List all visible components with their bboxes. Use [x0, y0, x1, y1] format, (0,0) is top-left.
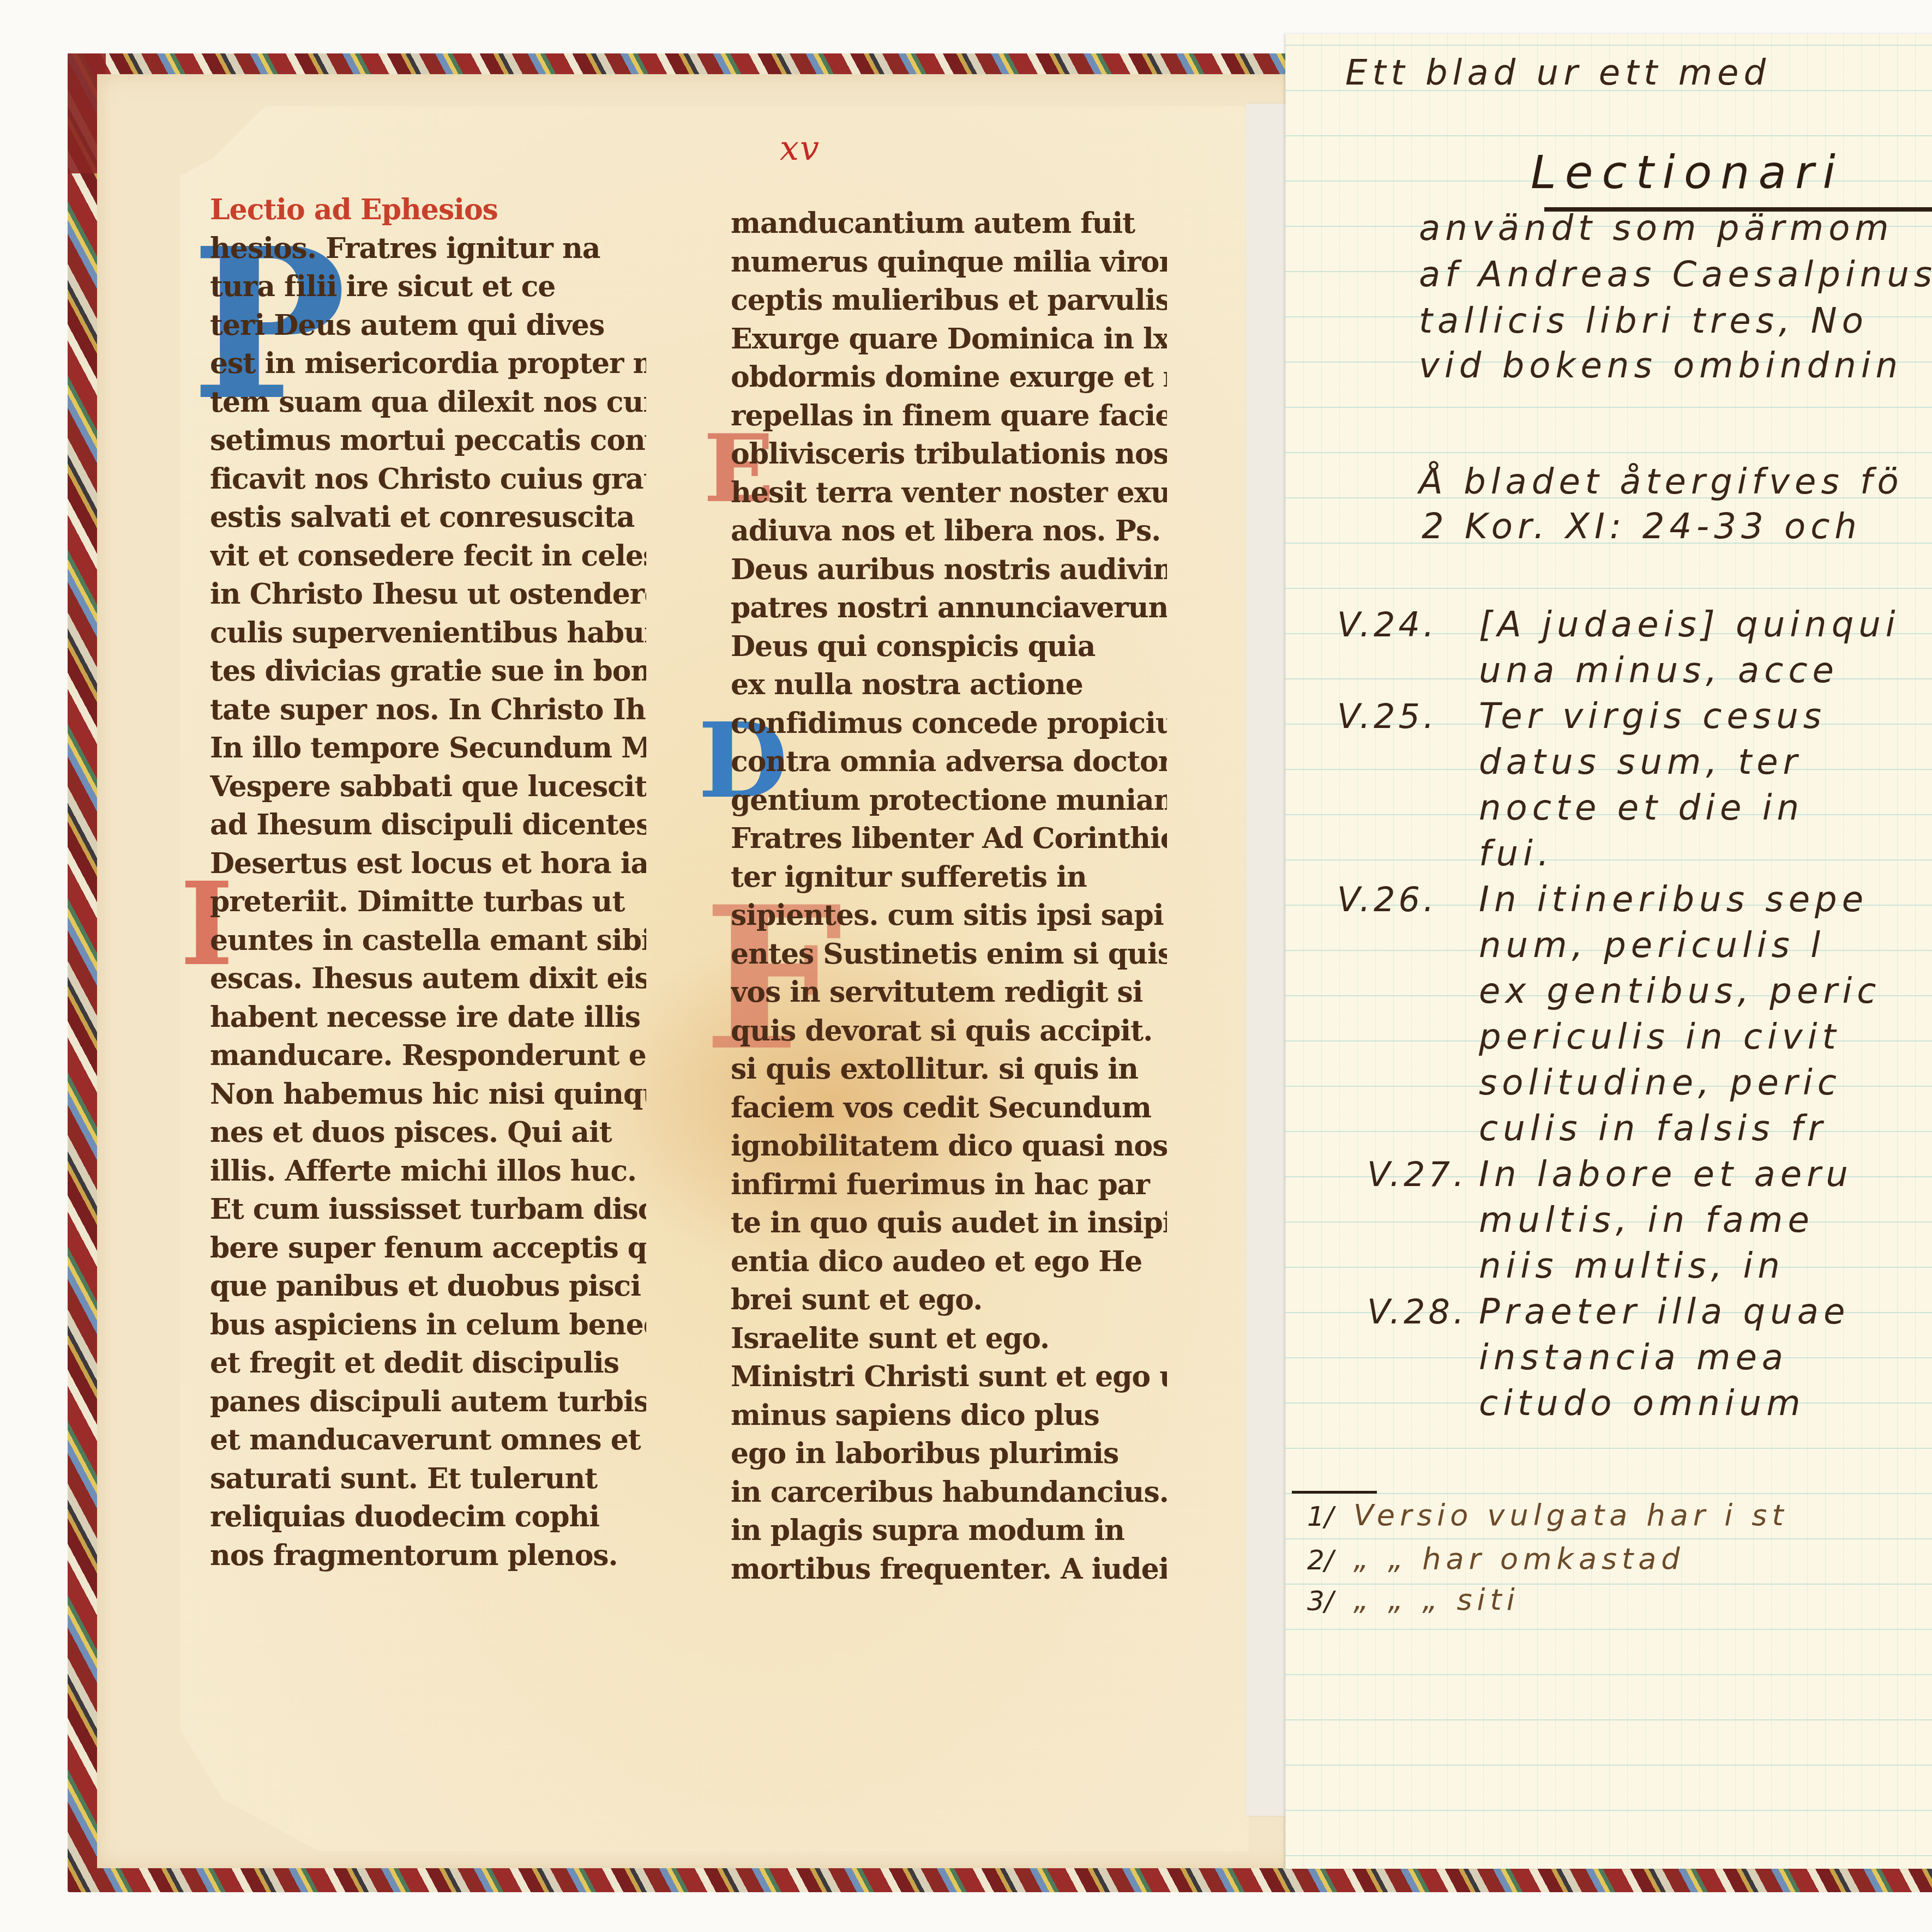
note-intro-line: af Andreas Caesalpinus [1419, 255, 1932, 295]
verse-line: num, periculis l [1479, 925, 1825, 966]
footnote-marker: 2/ [1307, 1544, 1334, 1576]
verse-line: Praeter illa quae [1479, 1292, 1850, 1332]
manuscript-line: et fregit et dedit discipulis [210, 1344, 646, 1383]
manuscript-right-column: manducantium autem fuitnumerus quinque m… [731, 204, 1167, 1588]
manuscript-line: que panibus et duobus pisci [210, 1267, 646, 1306]
footnote-marker: 1/ [1307, 1501, 1334, 1532]
manuscript-line: te in quo quis audet in insipi [731, 1204, 1167, 1243]
manuscript-line: vit et consedere fecit in celestibus [210, 537, 646, 576]
manuscript-line: tura filii ire sicut et ce [210, 268, 646, 306]
manuscript-line: illis. Afferte michi illos huc. [210, 1152, 646, 1191]
manuscript-line: Ministri Christi sunt et ego ut [731, 1358, 1167, 1397]
folio-number: xv [780, 128, 820, 168]
manuscript-line: numerus quinque milia virorum ex [731, 243, 1167, 282]
manuscript-line: reliquias duodecim cophi [210, 1498, 646, 1537]
manuscript-line: ad Ihesum discipuli dicentes. [210, 806, 646, 845]
verse-line: datus sum, ter [1479, 742, 1802, 783]
manuscript-line: ter ignitur sufferetis in [731, 858, 1167, 897]
manuscript-line: culis supervenientibus habundan [210, 614, 646, 653]
manuscript-line: ficavit nos Christo cuius gratia [210, 460, 646, 499]
verse-line: periculis in civit [1479, 1017, 1841, 1057]
verse-line: citudo omnium [1479, 1383, 1805, 1424]
manuscript-line: manducantium autem fuit [731, 204, 1167, 243]
verse-line: [A judaeis] quinqui [1479, 605, 1900, 645]
manuscript-line: panes discipuli autem turbis [210, 1383, 646, 1422]
note-desc-line: 2 Kor. XI: 24-33 och [1422, 507, 1862, 547]
manuscript-left-column: Lectio ad Ephesioshesios. Fratres ignitu… [210, 191, 646, 1575]
manuscript-line: Lectio ad Ephesios [210, 191, 646, 230]
note-desc-line: Å bladet återgifves fö [1419, 462, 1904, 502]
manuscript-line: ex nulla nostra actione [731, 666, 1167, 705]
footnote-text: Versio vulgata har i st [1353, 1498, 1789, 1532]
manuscript-line: Vespere sabbati que lucescit [210, 768, 646, 806]
note-heading: Ett blad ur ett med [1345, 53, 1771, 93]
verse-line: In itineribus sepe [1479, 880, 1868, 920]
manuscript-line: Deus qui conspicis quia [731, 628, 1167, 666]
manuscript-line: Deus auribus nostris audivimus [731, 551, 1167, 589]
verse-line: multis, in fame [1479, 1200, 1814, 1241]
manuscript-line: mortibus frequenter. A iudeis [731, 1550, 1167, 1589]
footnote-marker: 3/ [1307, 1585, 1334, 1617]
manuscript-line: Non habemus hic nisi quinque pa [210, 1075, 646, 1114]
manuscript-line: Desertus est locus et hora iam [210, 845, 646, 883]
manuscript-line: setimus mortui peccatis convi [210, 422, 646, 460]
manuscript-line: estis salvati et conresuscita [210, 498, 646, 537]
manuscript-line: Israelite sunt et ego. [731, 1320, 1167, 1358]
verse-line: Ter virgis cesus [1479, 696, 1826, 737]
manuscript-line: euntes in castella emant sibi [210, 922, 646, 960]
verse-number: V.25. [1337, 696, 1437, 736]
manuscript-leaf: xv P E D I F Lectio ad Ephesioshesios. F… [180, 106, 1249, 1851]
verse-number: V.27. [1367, 1154, 1467, 1194]
manuscript-line: quis devorat si quis accipit. [731, 1012, 1167, 1051]
handwritten-note: Ett blad ur ett med Lectionari användt s… [1285, 34, 1932, 1869]
manuscript-line: Fratres libenter Ad Corinthios [731, 820, 1167, 858]
footnote-text: „ „ har omkastad [1353, 1542, 1685, 1576]
verse-line: instancia mea [1479, 1338, 1788, 1378]
manuscript-line: si quis extollitur. si quis in [731, 1050, 1167, 1089]
manuscript-line: brei sunt et ego. [731, 1281, 1167, 1320]
manuscript-line: nes et duos pisces. Qui ait [210, 1114, 646, 1152]
verse-line: una minus, acce [1479, 651, 1839, 691]
manuscript-line: entes Sustinetis enim si quis [731, 935, 1167, 974]
verse-line: In labore et aeru [1479, 1154, 1853, 1195]
manuscript-line: oblivisceris tribulationis nostre ad [731, 435, 1167, 474]
manuscript-line: ignobilitatem dico quasi nos [731, 1127, 1167, 1166]
manuscript-line: minus sapiens dico plus [731, 1397, 1167, 1435]
manuscript-line: nos fragmentorum plenos. [210, 1537, 646, 1575]
footnote-text: „ „ „ siti [1353, 1582, 1520, 1617]
verse-line: nocte et die in [1479, 788, 1804, 828]
manuscript-line: manducare. Responderunt ei. [210, 1037, 646, 1075]
footnote-rule [1292, 1491, 1377, 1494]
verse-line: solitudine, peric [1479, 1063, 1841, 1103]
verse-number: V.24. [1337, 605, 1437, 645]
manuscript-line: ceptis mulieribus et parvulis. [731, 281, 1167, 320]
manuscript-line: ego in laboribus plurimis [731, 1435, 1167, 1473]
manuscript-line: et manducaverunt omnes et [210, 1421, 646, 1460]
manuscript-line: escas. Ihesus autem dixit eis. Non [210, 960, 646, 998]
manuscript-line: adiuva nos et libera nos. Ps. [731, 512, 1167, 551]
verse-line: culis in falsis fr [1479, 1109, 1827, 1149]
manuscript-line: habent necesse ire date illis vos [210, 998, 646, 1037]
manuscript-line: repellas in finem quare faciem tuam aver… [731, 397, 1167, 436]
manuscript-line: Exurge quare Dominica in lx. [731, 320, 1167, 359]
manuscript-line: hesit terra venter noster exurge domine [731, 474, 1167, 513]
manuscript-line: patres nostri annunciaverunt nobis Or. [731, 589, 1167, 628]
note-intro-line: tallicis libri tres, No [1419, 301, 1868, 341]
manuscript-line: infirmi fuerimus in hac par [731, 1166, 1167, 1205]
note-intro-line: vid bokens ombindnin [1419, 346, 1903, 386]
manuscript-line: tes divicias gratie sue in boni [210, 652, 646, 691]
manuscript-line: entia dico audeo et ego He [731, 1243, 1167, 1281]
manuscript-line: faciem vos cedit Secundum [731, 1089, 1167, 1128]
manuscript-line: Et cum iussisset turbam discum [210, 1190, 646, 1229]
manuscript-line: teri Deus autem qui dives [210, 306, 646, 345]
note-intro-line: användt som pärmom [1419, 208, 1894, 249]
manuscript-line: gentium protectione muniamur per [731, 781, 1167, 820]
verse-line: ex gentibus, peric [1479, 971, 1881, 1012]
manuscript-line: bere super fenum acceptis quin [210, 1229, 646, 1268]
manuscript-line: preteriit. Dimitte turbas ut [210, 883, 646, 922]
manuscript-line: saturati sunt. Et tulerunt [210, 1460, 646, 1498]
manuscript-line: in carceribus habundancius. [731, 1473, 1167, 1512]
manuscript-line: sipientes. cum sitis ipsi sapi [731, 896, 1167, 935]
verse-number: V.28. [1367, 1292, 1467, 1332]
note-title: Lectionari [1531, 146, 1844, 199]
paper-strip [1246, 104, 1285, 1816]
manuscript-line: vos in servitutem redigit si [731, 973, 1167, 1012]
manuscript-line: obdormis domine exurge et ne [731, 358, 1167, 397]
manuscript-line: bus aspiciens in celum benedixit [210, 1306, 646, 1345]
manuscript-line: in plagis supra modum in [731, 1512, 1167, 1550]
manuscript-line: In illo tempore Secundum Matheum Vespere [210, 729, 646, 768]
manuscript-line: est in misericordia propter nimiam carit… [210, 345, 646, 383]
manuscript-line: confidimus concede propicius ut [731, 705, 1167, 743]
manuscript-line: in Christo Ihesu ut ostenderet in se [210, 575, 646, 614]
manuscript-line: tem suam qua dilexit nos cum es [210, 383, 646, 422]
manuscript-line: hesios. Fratres ignitur na [210, 230, 646, 268]
verse-line: fui. [1479, 834, 1554, 874]
verse-number: V.26. [1337, 880, 1437, 919]
verse-line: niis multis, in [1479, 1246, 1785, 1286]
manuscript-line: contra omnia adversa doctoris [731, 743, 1167, 781]
manuscript-line: tate super nos. In Christo Ihesu domino [210, 691, 646, 730]
